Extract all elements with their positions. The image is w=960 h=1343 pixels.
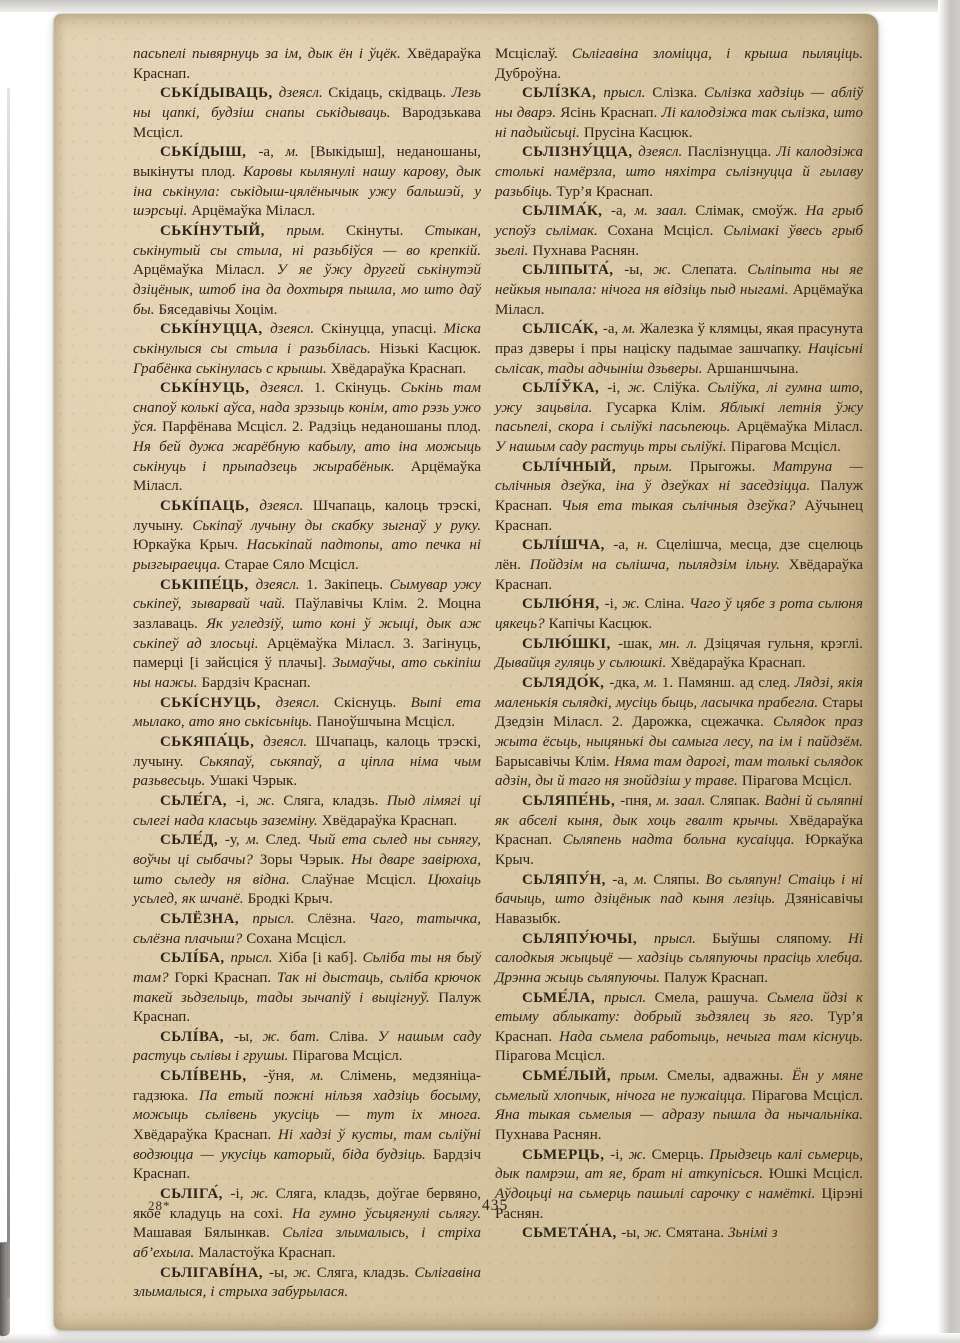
headword: СЬЛІСА́К,	[522, 321, 603, 337]
example-text: прым.	[634, 459, 690, 475]
dictionary-column-left: пасьпелі пывярнуць за ім, дык ён і ўцёк.…	[133, 45, 481, 1303]
headword: СЬЛЯПУ́ЮЧЫ,	[522, 931, 654, 947]
definition-text: -а,	[613, 537, 636, 553]
definition-text: Тур’я Краснап.	[557, 184, 653, 200]
definition-text: Арцёмаўка Міласл.	[191, 203, 315, 219]
definition-text: Ясінь Краснап.	[560, 105, 661, 121]
dictionary-entry: СЬЛЕ́ГА, -і, ж. Сляга, кладзь. Пыд лімяг…	[133, 792, 481, 831]
definition-text: Пірагова Мсцісл.	[752, 1088, 864, 1104]
dictionary-entry: СЬЛІ́ЎКА, -і, ж. Сліўка. Сьліўка, лі гум…	[495, 379, 863, 458]
headword: СЬМЕРЦЬ,	[522, 1147, 610, 1163]
example-text: Аўдоцьці на сьмерць пашылі сарочку с нам…	[495, 1186, 821, 1202]
headword: СЬКІ́СНУЦЬ,	[160, 695, 276, 711]
example-text: У нашым саду растуць тры сьліўкі.	[495, 439, 731, 455]
definition-text: Машавая Бялынкав.	[133, 1225, 282, 1241]
definition-text: Старае Сяло Мсцісл.	[225, 557, 359, 573]
example-text: дзеясл.	[638, 144, 687, 160]
definition-text: Смерць.	[652, 1147, 710, 1163]
headword: СЬКІ́ДЫШ,	[160, 144, 258, 160]
definition-text: Прусіна Касцюк.	[584, 125, 693, 141]
definition-text: -дка,	[609, 675, 644, 691]
definition-text: Гусарка Клім.	[606, 400, 719, 416]
dictionary-entry: СЬМЕ́ЛЫЙ, прым. Смелы, адважны. Ён у мян…	[495, 1067, 863, 1146]
example-text: Чыя ета тыкая сьлічныя дзеўка?	[561, 498, 804, 514]
dictionary-entry: СЬКІ́НУЦЬ, дзеясл. 1. Скінуць. Ськінь та…	[133, 379, 481, 497]
example-text: дзеясл.	[279, 85, 329, 101]
definition-text: Бардзіч Краснап.	[202, 675, 311, 691]
definition-text: Паслізнуцца.	[688, 144, 777, 160]
dictionary-entry: СЬКІ́ДЫШ, -а, м. [Выкідыш], неданошаны, …	[133, 143, 481, 222]
example-text: м.	[246, 832, 266, 848]
headword: СЬЛІЗНУ́ЦЦА,	[522, 144, 638, 160]
headword: СЬЛЕ́ГА,	[160, 793, 236, 809]
dictionary-entry: СЬЛІ́ВЕНЬ, -ўня, м. Слімень, медзяніца-г…	[133, 1067, 481, 1185]
definition-text: Прыгожы.	[690, 459, 773, 475]
dictionary-entry: СЬЛЯПУ́ЮЧЫ, прысл. Быўшы сляпому. Ні сал…	[495, 930, 863, 989]
definition-text: Мсціслаў.	[495, 46, 572, 62]
definition-text: Слёзна.	[307, 911, 368, 927]
headword: СЬЛЮ́НЯ,	[522, 596, 605, 612]
definition-text: -і,	[607, 380, 628, 396]
headword: СЬЛЯПУ́Н,	[522, 872, 612, 888]
definition-text: Барысавічы Клім.	[495, 754, 614, 770]
definition-text: Горкі Краснап.	[174, 970, 277, 986]
definition-text: -а,	[611, 203, 635, 219]
example-text: пасьпелі пывярнуць за ім, дык ён і ўцёк.	[133, 46, 407, 62]
definition-text: -ы,	[234, 1029, 262, 1045]
definition-text: Хвёдараўка Краснап.	[331, 361, 466, 377]
scanner-edge-bottom	[0, 1333, 960, 1343]
example-text: Дывайця гуляць у сьлюшкі.	[495, 655, 670, 671]
definition-text: Слаўнае Мсцісл.	[301, 872, 427, 888]
example-text: Ськіпаў лучыну ды скабку зыгнаў у руку.	[192, 518, 481, 534]
definition-text: Бяседавічы Хоцім.	[159, 302, 278, 318]
scanned-document: { "page": { "paper_color": "#d8c6a4", "i…	[0, 0, 960, 1343]
definition-text: Сляга, кладзь.	[317, 1265, 415, 1281]
example-text: прым.	[286, 223, 346, 239]
definition-text: Пірагова Мсцісл.	[495, 1048, 605, 1064]
definition-text: 1. Закіпець.	[306, 577, 389, 593]
headword: СЬЛІ́ВА,	[160, 1029, 234, 1045]
definition-text: Сохана Мсцісл.	[246, 931, 346, 947]
definition-text: -і,	[605, 596, 623, 612]
page-number: 435	[482, 1197, 508, 1215]
example-text: дзеясл.	[276, 695, 334, 711]
definition-text: Юшкі Мсцісл.	[769, 1166, 863, 1182]
example-text: Яна тыкая сьмелыя — адразу пышла да ныча…	[495, 1107, 863, 1123]
dictionary-entry: СЬКІ́ДЫВАЦЬ, дзеясл. Скідаць, скідваць. …	[133, 84, 481, 143]
example-text: Сьляпень надта больна кусаіцца.	[563, 832, 806, 848]
dictionary-entry: СЬКІ́НУЦЦА, дзеясл. Скінуцца, упасці. Мі…	[133, 320, 481, 379]
dictionary-entry: СЬМЕРЦЬ, -і, ж. Смерць. Прыдзець калі сь…	[495, 1146, 863, 1225]
example-text: ж.	[251, 1186, 276, 1202]
definition-text: Арцёмаўка Міласл.	[133, 262, 277, 278]
dictionary-entry: СЬЛІСА́К, -а, м. Жалезка ў клямцы, якая …	[495, 320, 863, 379]
definition-text: Слімак, смоўж.	[695, 203, 805, 219]
book-page: пасьпелі пывярнуць за ім, дык ён і ўцёк.…	[54, 14, 878, 1330]
headword: СЬКЯПА́ЦЬ,	[160, 734, 263, 750]
definition-text: Пірагова Мсцісл.	[731, 439, 841, 455]
example-text: дзеясл.	[260, 380, 314, 396]
headword: СЬЛЕ́Д,	[160, 832, 225, 848]
dictionary-entry: СЬЛІГА́, -і, ж. Сляга, кладзь, доўгае бе…	[133, 1185, 481, 1264]
definition-text: След.	[266, 832, 308, 848]
example-text: прысл.	[654, 931, 712, 947]
definition-text: -і,	[610, 1147, 628, 1163]
definition-text: Хвёдараўка Краснап.	[670, 655, 805, 671]
entry-continuation: Мсціслаў. Сьлігавіна зломіцца, і крыша п…	[495, 45, 863, 84]
example-text: ж.	[622, 596, 644, 612]
example-text: ж.	[629, 1147, 652, 1163]
example-text: мн. л.	[659, 636, 704, 652]
example-text: ж.	[644, 1225, 666, 1241]
dictionary-entry: СЬЛЮ́НЯ, -і, ж. Сліна. Чаго ў цябе з рот…	[495, 595, 863, 634]
headword: СЬКІ́НУЦЬ,	[160, 380, 260, 396]
definition-text: Ушакі Чэрык.	[209, 773, 297, 789]
dictionary-entry: СЬЛЯПУ́Н, -а, м. Сляпы. Во сьляпун! Стаі…	[495, 871, 863, 930]
dictionary-entry: СЬМЕ́ЛА, прысл. Смела, рашуча. Сьмела йд…	[495, 989, 863, 1068]
headword: СЬЛІ́ШЧА,	[522, 537, 613, 553]
definition-text: -і,	[236, 793, 257, 809]
signature-mark: 28*	[148, 1198, 171, 1214]
example-text: прысл.	[252, 911, 307, 927]
definition-text: -і,	[231, 1186, 251, 1202]
dictionary-entry: СЬКІ́НУТЫЙ, прым. Скінуты. Стыкан, ськін…	[133, 222, 481, 320]
dictionary-entry: СЬЛІМА́К, -а, м. заал. Слімак, смоўж. На…	[495, 202, 863, 261]
example-text: ж.	[257, 793, 283, 809]
dictionary-column-right: Мсціслаў. Сьлігавіна зломіцца, і крыша п…	[495, 45, 863, 1303]
example-text: Зьнімі з	[728, 1225, 778, 1241]
definition-text: Палуж Краснап.	[664, 970, 768, 986]
definition-text: Пірагова Мсцісл.	[742, 773, 852, 789]
definition-text: 1. Скінуць.	[314, 380, 401, 396]
dictionary-entry: СЬЛІЗНУ́ЦЦА, дзеясл. Паслізнуцца. Лі кал…	[495, 143, 863, 202]
example-text: Сьлігавіна зломіцца, і крыша пыляціць.	[572, 46, 863, 62]
definition-text: -ы,	[624, 262, 653, 278]
headword: СЬЛЯПЕ́НЬ,	[522, 793, 620, 809]
definition-text: Быўшы сляпому.	[712, 931, 848, 947]
headword: СЬЛЯДО́К,	[522, 675, 609, 691]
headword: СЬКІ́ДЫВАЦЬ,	[160, 85, 279, 101]
dictionary-entry: СЬЛІ́ШЧА, -а, н. Сцелішча, месца, дзе сц…	[495, 536, 863, 595]
definition-text: Дзіцячая гульня, крэглі.	[704, 636, 863, 652]
dictionary-entry: СЬЛІ́ЧНЫЙ, прым. Прыгожы. Матруна — сьлі…	[495, 458, 863, 537]
definition-text: Сліна.	[644, 596, 689, 612]
headword: СЬМЕ́ЛА,	[522, 990, 604, 1006]
example-text: Нада сьмела работыць, нечыга там кіснуць…	[559, 1029, 863, 1045]
scanner-edge-right	[938, 0, 960, 1343]
definition-text: Скіснуць.	[334, 695, 411, 711]
headword: СЬЛІПЫТА́,	[522, 262, 624, 278]
example-text: дзеясл.	[256, 577, 307, 593]
headword: СЬЛІ́БА,	[160, 950, 230, 966]
example-text: м.	[634, 872, 653, 888]
dictionary-entry: СЬКІ́СНУЦЬ, дзеясл. Скіснуць. Выпі ета м…	[133, 694, 481, 733]
definition-text: Скідаць, скідваць.	[328, 85, 451, 101]
headword: СЬЛІГА́,	[160, 1186, 231, 1202]
headword: СЬЛЮ́ШКІ,	[522, 636, 618, 652]
definition-text: Юркаўка Крыч.	[133, 537, 247, 553]
definition-text: Скінуты.	[346, 223, 424, 239]
example-text: м.	[644, 675, 662, 691]
definition-text: -у,	[225, 832, 246, 848]
definition-text: -а,	[603, 321, 622, 337]
example-text: Грабёнка ськінулась с крышы.	[133, 361, 331, 377]
definition-text: Хіба [і каб].	[278, 950, 363, 966]
definition-text: Парфёнава Мсцісл. 2. Радзіць неданошаны …	[162, 419, 481, 435]
definition-text: Сліўка.	[653, 380, 707, 396]
scanner-edge-top	[0, 0, 960, 12]
example-text: прысл.	[230, 950, 277, 966]
example-text: дзеясл.	[263, 734, 315, 750]
headword: СЬЛІ́ЎКА,	[522, 380, 607, 396]
dictionary-entry: СЬКІПЕ́ЦЬ, дзеясл. 1. Закіпець. Сымувар …	[133, 576, 481, 694]
definition-text: -шак,	[618, 636, 659, 652]
example-text: На гумно ўсьцягнулі сьлягу.	[292, 1206, 481, 1222]
dictionary-entry: СЬКІ́ПАЦЬ, дзеясл. Шчапаць, калоць трэск…	[133, 497, 481, 576]
definition-text: Арцёмаўка Міласл.	[737, 419, 863, 435]
definition-text: -пня,	[620, 793, 656, 809]
definition-text: Смятана.	[666, 1225, 728, 1241]
example-text: м. заал.	[656, 793, 709, 809]
definition-text: Аршаншчына.	[706, 361, 798, 377]
example-text: прысл.	[603, 85, 652, 101]
definition-text: Сохана Мсцісл.	[608, 223, 724, 239]
dictionary-entry: СЬЛІ́БА, прысл. Хіба [і каб]. Сьліба ты …	[133, 949, 481, 1028]
example-text: дзеясл.	[270, 321, 321, 337]
definition-text: Сляпы.	[653, 872, 705, 888]
headword: СЬЛІ́ЗКА,	[522, 85, 603, 101]
dictionary-text: пасьпелі пывярнуць за ім, дык ён і ўцёк.…	[133, 45, 863, 1303]
definition-text: Нізькі Касцюк.	[380, 341, 481, 357]
definition-text: Паноўшчына Мсцісл.	[316, 714, 455, 730]
definition-text: Зоры Чэрык.	[260, 852, 351, 868]
definition-text: Слізка.	[652, 85, 704, 101]
example-text: прысл.	[604, 990, 655, 1006]
headword: СЬЛІГАВІ́НА,	[160, 1265, 269, 1281]
definition-text: Хвёдараўка Краснап.	[133, 1127, 278, 1143]
definition-text: Сліва.	[329, 1029, 378, 1045]
dictionary-entry: СЬЛЯДО́К, -дка, м. 1. Памянш. ад след. Л…	[495, 674, 863, 792]
example-text: м.	[310, 1068, 339, 1084]
definition-text: Дуброўна.	[495, 66, 561, 82]
dictionary-entry: СЬЛІ́ЗКА, прысл. Слізка. Сьлізка хадзіць…	[495, 84, 863, 143]
example-text: ж. бат.	[262, 1029, 329, 1045]
book-spine-edge	[7, 88, 10, 1298]
entry-continuation: пасьпелі пывярнуць за ім, дык ён і ўцёк.…	[133, 45, 481, 84]
headword: СЬЛЁЗНА,	[160, 911, 252, 927]
definition-text: -а,	[612, 872, 633, 888]
definition-text: Сляга, кладзь.	[283, 793, 386, 809]
example-text: м.	[285, 144, 310, 160]
dictionary-entry: СЬЛЁЗНА, прысл. Слёзна. Чаго, татычка, с…	[133, 910, 481, 949]
definition-text: Слепата.	[681, 262, 747, 278]
dictionary-entry: СЬЛІПЫТА́, -ы, ж. Слепата. Сьліпыта ны я…	[495, 261, 863, 320]
dictionary-entry: СЬМЕТА́НА, -ы, ж. Смятана. Зьнімі з	[495, 1224, 863, 1244]
example-text: н.	[637, 537, 656, 553]
dictionary-entry: СЬЛІ́ВА, -ы, ж. бат. Сліва. У нашым саду…	[133, 1028, 481, 1067]
definition-text: -а,	[258, 144, 285, 160]
definition-text: Бродкі Крыч.	[248, 891, 333, 907]
headword: СЬЛІ́ЧНЫЙ,	[522, 459, 634, 475]
definition-text: Маластоўка Краснап.	[198, 1245, 335, 1261]
headword: СЬКІ́ПАЦЬ,	[160, 498, 259, 514]
definition-text: Сляпак.	[710, 793, 765, 809]
dictionary-entry: СЬЛЮ́ШКІ, -шак, мн. л. Дзіцячая гульня, …	[495, 635, 863, 674]
example-text: м.	[622, 321, 639, 337]
dictionary-entry: СЬЛІГАВІ́НА, -ы, ж. Сляга, кладзь. Сьліг…	[133, 1264, 481, 1303]
definition-text: -ўня,	[263, 1068, 310, 1084]
headword: СЬКІПЕ́ЦЬ,	[160, 577, 256, 593]
dictionary-entry: СЬКЯПА́ЦЬ, дзеясл. Шчапаць, калоць трэск…	[133, 733, 481, 792]
dictionary-entry: СЬЛЕ́Д, -у, м. След. Чый ета сьлед ны сь…	[133, 831, 481, 910]
headword: СЬКІ́НУТЫЙ,	[160, 223, 286, 239]
headword: СЬМЕ́ЛЫЙ,	[522, 1068, 620, 1084]
example-text: м. заал.	[635, 203, 696, 219]
headword: СЬМЕТА́НА,	[522, 1225, 621, 1241]
example-text: Пойдзім на сьлішча, пылядзім ільну.	[530, 557, 789, 573]
headword: СЬКІ́НУЦЦА,	[160, 321, 270, 337]
dictionary-entry: СЬЛЯПЕ́НЬ, -пня, м. заал. Сляпак. Вадні …	[495, 792, 863, 871]
definition-text: Смелы, адважны.	[667, 1068, 792, 1084]
definition-text: Пухнава Раснян.	[532, 243, 638, 259]
definition-text: -ы,	[621, 1225, 644, 1241]
definition-text: Хвёдараўка Краснап.	[322, 813, 457, 829]
page-curl-shadow	[0, 1242, 10, 1337]
headword: СЬЛІМА́К,	[522, 203, 611, 219]
definition-text: Пухнава Раснян.	[495, 1127, 601, 1143]
example-text: дзеясл.	[259, 498, 313, 514]
example-text: ж.	[653, 262, 681, 278]
definition-text: Капічы Касцюк.	[549, 616, 653, 632]
definition-text: 1. Памянш. ад след.	[662, 675, 795, 691]
definition-text: Скінуцца, упасці.	[321, 321, 443, 337]
headword: СЬЛІ́ВЕНЬ,	[160, 1068, 263, 1084]
definition-text: -ы,	[269, 1265, 293, 1281]
example-text: ж.	[293, 1265, 316, 1281]
example-text: прым.	[620, 1068, 667, 1084]
definition-text: Пірагова Мсцісл.	[292, 1048, 402, 1064]
definition-text: Смела, рашуча.	[655, 990, 767, 1006]
example-text: ж.	[628, 380, 653, 396]
